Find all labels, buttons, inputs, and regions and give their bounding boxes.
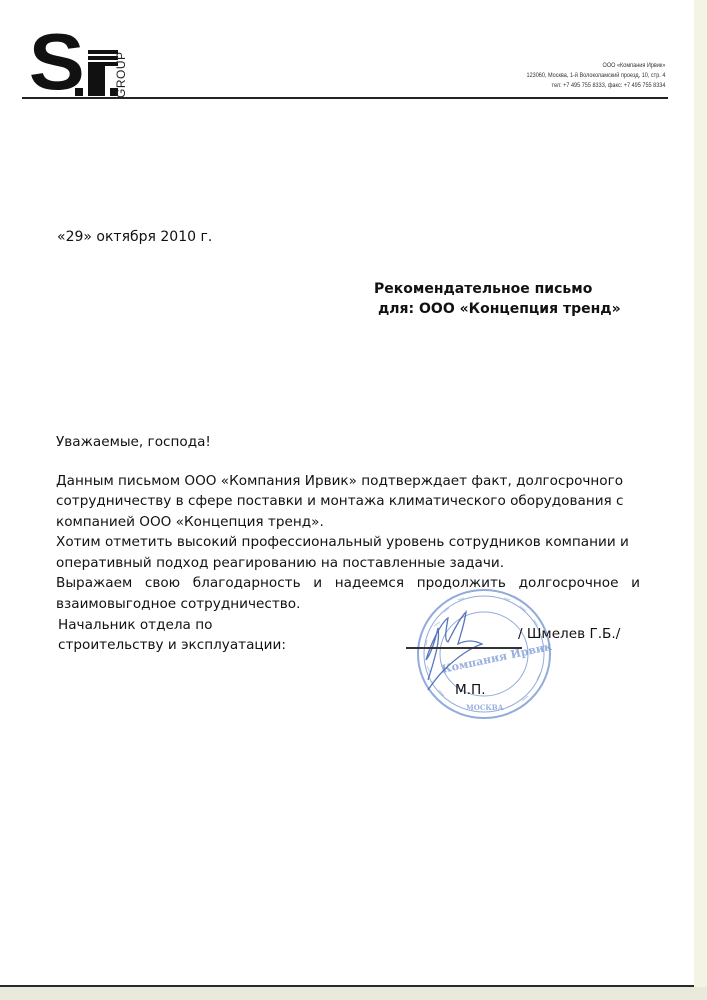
position-line: строительству и эксплуатации:: [58, 635, 286, 655]
company-logo: S GROUP: [30, 32, 130, 98]
greeting: Уважаемые, господа!: [56, 432, 640, 453]
logo-letter: S: [29, 22, 81, 102]
scan-edge-bottom: [0, 987, 707, 1000]
body-line: Хотим отметить высокий профессиональный …: [56, 532, 640, 553]
signature-line: [406, 647, 522, 649]
company-contacts: тел: +7 495 755 8333, факс: +7 495 755 8…: [526, 81, 665, 91]
logo-stem: [88, 66, 105, 96]
letterhead-company-info: ООО «Компания Ирвик» 123060, Москва, 1-й…: [526, 61, 665, 91]
body-line: Данным письмом ООО «Компания Ирвик» подт…: [56, 471, 640, 492]
letter-title: Рекомендательное письмо для: ООО «Концеп…: [374, 279, 621, 319]
svg-text:МОСКВА: МОСКВА: [466, 703, 504, 712]
scan-edge-right: [694, 0, 707, 1000]
body-line: сотрудничеству в сфере поставки и монтаж…: [56, 491, 640, 512]
signatory-position: Начальник отдела по строительству и эксп…: [58, 615, 286, 655]
logo-group-text: GROUP: [114, 51, 128, 98]
title-line: Рекомендательное письмо: [374, 279, 621, 299]
company-name: ООО «Компания Ирвик»: [526, 61, 665, 71]
letter-date: «29» октября 2010 г.: [57, 229, 212, 245]
logo-dot: [75, 88, 83, 96]
position-line: Начальник отдела по: [58, 615, 286, 635]
body-line: компанией ООО «Концепция тренд».: [56, 512, 640, 533]
company-address: 123060, Москва, 1-й Волоколамский проезд…: [526, 71, 665, 81]
signatory-name: / Шмелев Г.Б./: [518, 626, 620, 642]
recipient-line: для: ООО «Концепция тренд»: [374, 299, 621, 319]
stamp-place-label: М.П.: [455, 682, 486, 698]
body-line: оперативный подход реагированию на поста…: [56, 553, 640, 574]
header-divider: [22, 97, 668, 99]
